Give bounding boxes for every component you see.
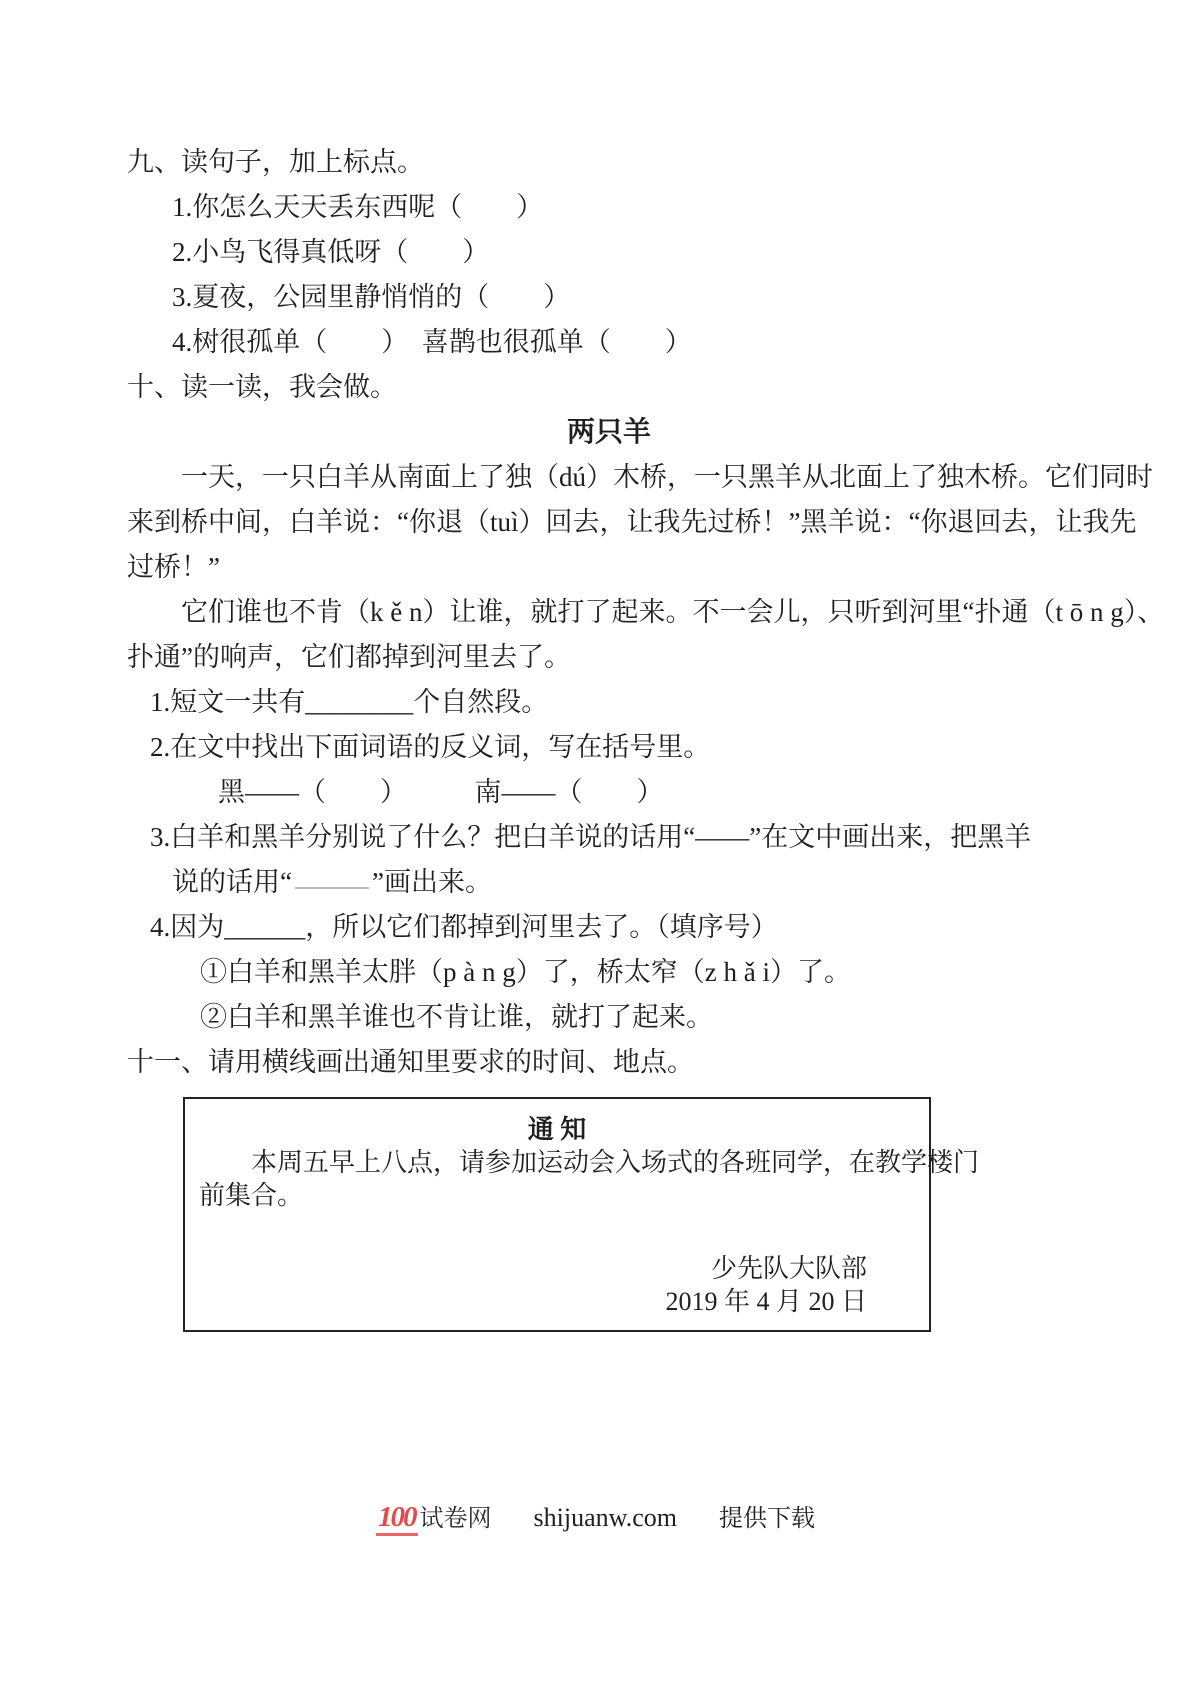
option-2: ②白羊和黑羊谁也不肯让谁，就打了起来。	[200, 995, 1091, 1040]
footer-download-text: 提供下载	[719, 1498, 815, 1533]
section9-item-4: 4.树很孤单（ ） 喜鹊也很孤单（ ）	[172, 320, 1091, 365]
question-3-line-2: 说的话用“”画出来。	[172, 860, 1091, 905]
worksheet-page: 九、读句子，加上标点。 1.你怎么天天丢东西呢（ ） 2.小鸟飞得真低呀（ ） …	[0, 0, 1191, 1684]
question-1: 1.短文一共有________个自然段。	[150, 680, 1091, 725]
notice-body-line-2: 前集合。	[199, 1179, 911, 1212]
question-4: 4.因为______，所以它们都掉到河里去了。（填序号）	[150, 905, 1091, 950]
question-3-line-2-post: ”画出来。	[372, 867, 492, 897]
question-3-line-2-pre: 说的话用“	[172, 867, 292, 897]
antonym-pairs-row: 黑——（ ） 南——（ ）	[218, 770, 1091, 815]
question-3-line-1: 3.白羊和黑羊分别说了什么？把白羊说的话用“——”在文中画出来，把黑羊	[150, 815, 1091, 860]
notice-signature: 少先队大队部	[185, 1252, 929, 1285]
notice-date: 2019 年 4 月 20 日	[185, 1285, 929, 1318]
passage-line: 一天，一只白羊从南面上了独（dú）木桥，一只黑羊从北面上了独木桥。它们同时	[127, 455, 1091, 500]
section9-item-3: 3.夏夜，公园里静悄悄的（ ）	[172, 275, 1091, 320]
page-footer: 100试卷网 shijuanw.com 提供下载	[0, 1498, 1191, 1536]
section9-item-2: 2.小鸟飞得真低呀（ ）	[172, 230, 1091, 275]
passage-line: 它们谁也不肯（k ě n）让谁，就打了起来。不一会儿，只听到河里“扑通（t ō …	[127, 590, 1091, 635]
footer-logo-100: 100	[376, 1503, 418, 1536]
wavy-line-mark	[295, 875, 369, 889]
notice-body: 本周五早上八点，请参加运动会入场式的各班同学，在教学楼门 前集合。	[185, 1146, 929, 1212]
notice-title: 通 知	[185, 1113, 929, 1146]
worksheet-content: 九、读句子，加上标点。 1.你怎么天天丢东西呢（ ） 2.小鸟飞得真低呀（ ） …	[0, 0, 1191, 1332]
passage-line: 来到桥中间，白羊说：“你退（tuì）回去，让我先过桥！”黑羊说：“你退回去，让我…	[127, 500, 1091, 545]
question-2: 2.在文中找出下面词语的反义词，写在括号里。	[150, 725, 1091, 770]
passage-title: 两只羊	[127, 410, 1091, 455]
footer-logo: 100试卷网	[376, 1498, 492, 1536]
footer-logo-text: 试卷网	[420, 1498, 492, 1533]
section9-item-1: 1.你怎么天天丢东西呢（ ）	[172, 185, 1091, 230]
notice-body-line-1: 本周五早上八点，请参加运动会入场式的各班同学，在教学楼门	[199, 1146, 911, 1179]
section10-heading: 十、读一读，我会做。	[127, 365, 1091, 410]
section11-heading: 十一、请用横线画出通知里要求的时间、地点。	[127, 1040, 1091, 1085]
notice-box: 通 知 本周五早上八点，请参加运动会入场式的各班同学，在教学楼门 前集合。 少先…	[183, 1097, 931, 1332]
passage-line: 过桥！”	[127, 545, 1091, 590]
option-1: ①白羊和黑羊太胖（p à n g）了，桥太窄（z h ǎ i）了。	[200, 950, 1091, 995]
section9-heading: 九、读句子，加上标点。	[127, 140, 1091, 185]
footer-domain: shijuanw.com	[534, 1503, 677, 1533]
passage-line: 扑通”的响声，它们都掉到河里去了。	[127, 635, 1091, 680]
notice-spacer	[185, 1212, 929, 1252]
